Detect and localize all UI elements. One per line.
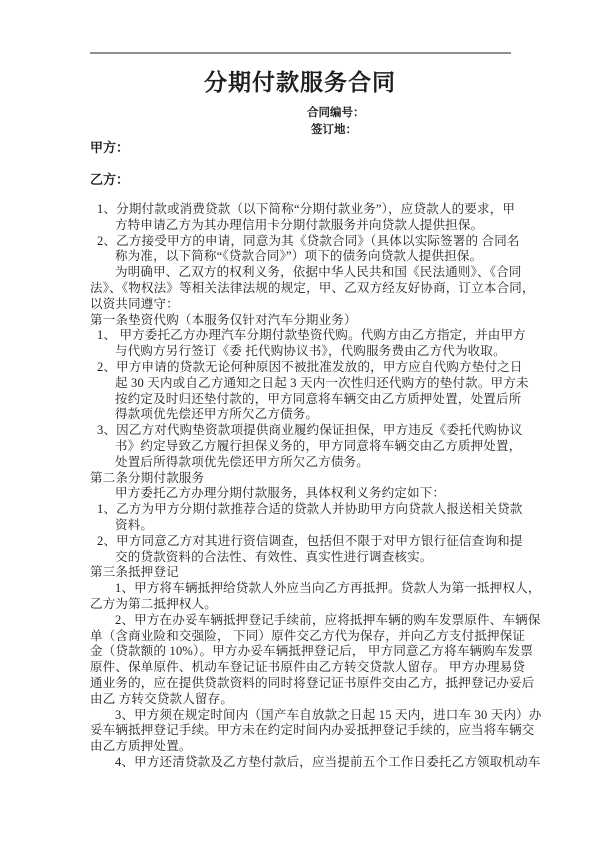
text-line: 与代购方另行签订《委 托代购协议书》，代购服务费由乙方代为收取。 — [90, 344, 520, 360]
signing-place-label: 签订地： — [311, 123, 357, 137]
text-line: 2、甲方同意乙方对其进行资信调查，包括但不限于对甲方银行征信查询和提 — [90, 534, 520, 550]
text-line: 2、甲方在办妥车辆抵押登记手续前，应将抵押车辆的购车发票原件、车辆保 — [90, 613, 520, 629]
document-body: 1、分期付款或消费贷款（以下简称“分期付款业务”），应贷款人的要求，甲方特申请乙… — [90, 202, 520, 771]
contract-number-label: 合同编号： — [307, 106, 365, 120]
text-line: 由乙 方转交贷款人留存。 — [90, 692, 520, 708]
text-line: 称为准，以下简称“《贷款合同》”）项下的债务向贷款人提供担保。 — [90, 249, 520, 265]
text-line: 3、甲方须在规定时间内（国产车自放款之日起 15 天内，进口车 30 天内）办 — [90, 708, 520, 724]
document-title: 分期付款服务合同 — [0, 70, 600, 96]
text-line: 为明确甲、乙双方的权利义务，依据中华人民共和国《民法通则》、《合同 — [90, 265, 520, 281]
text-line: 2、甲方申请的贷款无论何种原因不被批准发放的，甲方应自代购方垫付之日 — [90, 360, 520, 376]
text-line: 按约定及时归还垫付款的，甲方同意将车辆交由乙方质押处置，处置后所 — [90, 392, 520, 408]
text-line: 原件、保单原件、机动车登记证书原件由乙方转交贷款人留存。 甲方办理易贷 — [90, 660, 520, 676]
text-line: 第三条抵押登记 — [90, 565, 520, 581]
text-line: 甲方委托乙方办理分期付款服务，具体权利义务约定如下： — [90, 486, 520, 502]
text-line: 交的贷款资料的合法性、有效性、真实性进行调查核实。 — [90, 550, 520, 566]
text-line: 通业务的，应在提供贷款资料的同时将登记证书原件交由乙方，抵押登记办妥后 — [90, 676, 520, 692]
text-line: 以资共同遵守： — [90, 297, 520, 313]
text-line: 金（贷款额的 10%）。甲方办妥车辆抵押登记后， 甲方同意乙方将车辆购车发票 — [90, 644, 520, 660]
text-line: 法》、《物权法》等相关法律法规的规定，甲、乙双方经友好协商，订立本合同， — [90, 281, 520, 297]
text-line: 书》约定导致乙方履行担保义务的，甲方同意将车辆交由乙方质押处置， — [90, 439, 520, 455]
text-line: 由乙方质押处置。 — [90, 739, 520, 755]
text-line: 单（含商业险和交强险， 下同）原件交乙方代为保存，并向乙方支付抵押保证 — [90, 629, 520, 645]
text-line: 2、乙方接受甲方的申请，同意为其《贷款合同》（具体以实际签署的 合同名 — [90, 234, 520, 250]
text-line: 方特申请乙方为其办理信用卡分期付款服务并向贷款人提供担保。 — [90, 218, 520, 234]
text-line: 得款项优先偿还甲方所欠乙方债务。 — [90, 407, 520, 423]
text-line: 1、甲方将车辆抵押给贷款人外应当向乙方再抵押。贷款人为第一抵押权人， — [90, 581, 520, 597]
text-line: 起 30 天内或自乙方通知之日起 3 天内一次性归还代购方的垫付款。甲方未 — [90, 376, 520, 392]
text-line: 第二条分期付款服务 — [90, 471, 520, 487]
text-line: 4、甲方还清贷款及乙方垫付款后，应当提前五个工作日委托乙方领取机动车 — [90, 755, 520, 771]
text-line: 妥车辆抵押登记手续。甲方未在约定时间内办妥抵押登记手续的，应当将车辆交 — [90, 723, 520, 739]
party-b-label: 乙方： — [90, 172, 129, 188]
text-line: 1、分期付款或消费贷款（以下简称“分期付款业务”），应贷款人的要求，甲 — [90, 202, 520, 218]
text-line: 1、乙方为甲方分期付款推荐合适的贷款人并协助甲方向贷款人报送相关贷款 — [90, 502, 520, 518]
text-line: 3、因乙方对代购垫资款项提供商业履约保证担保，甲方违反《委托代购协议 — [90, 423, 520, 439]
header-rule — [90, 52, 511, 54]
document-page: 分期付款服务合同 合同编号： 签订地： 甲方： 乙方： 1、分期付款或消费贷款（… — [0, 0, 600, 849]
text-line: 第一条垫资代购（本服务仅针对汽车分期业务） — [90, 313, 520, 329]
text-line: 1、 甲方委托乙方办理汽车分期付款垫资代购。代购方由乙方指定，并由甲方 — [90, 328, 520, 344]
text-line: 处置后所得款项优先偿还甲方所欠乙方债务。 — [90, 455, 520, 471]
party-a-label: 甲方： — [90, 140, 129, 156]
text-line: 乙方为第二抵押权人。 — [90, 597, 520, 613]
text-line: 资料。 — [90, 518, 520, 534]
